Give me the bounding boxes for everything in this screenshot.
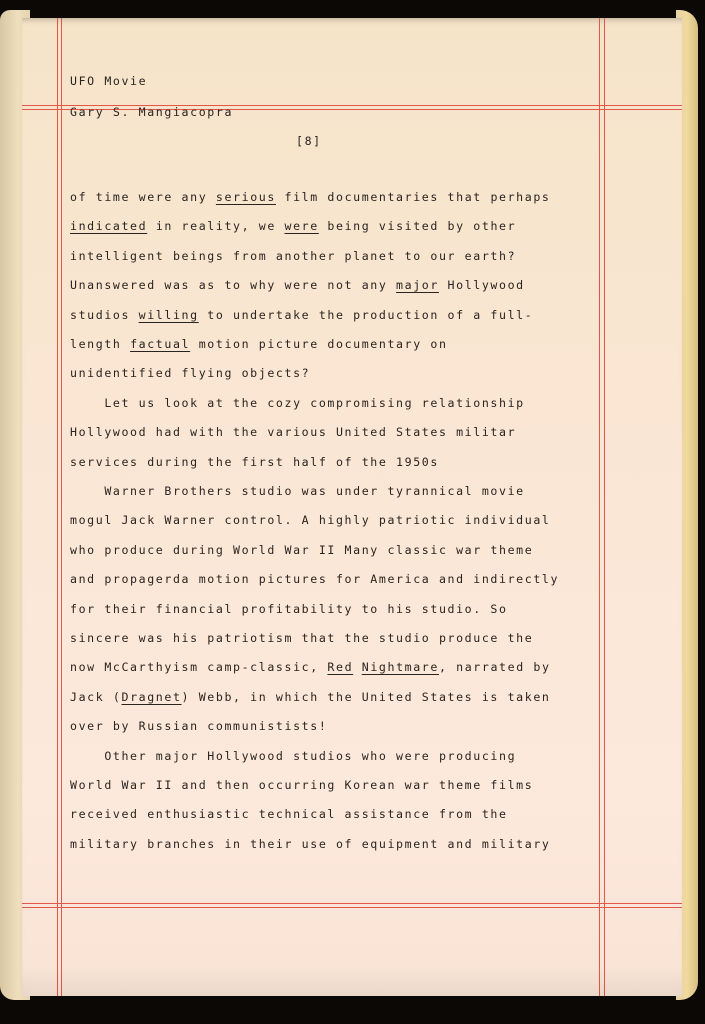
text-line: sincere was his patriotism that the stud… [70,631,533,645]
text-line: World War II and then occurring Korean w… [70,778,533,792]
text-line: Let us look at the cozy compromising rel… [70,396,525,410]
text-segment: in reality, we [147,219,284,233]
text-line: indicated in reality, we were being visi… [70,219,516,233]
underlined-text: serious [216,190,276,204]
text-line: over by Russian communistists! [70,719,327,733]
text-line: Warner Brothers studio was under tyranni… [70,484,525,498]
text-segment: unidentified flying objects? [70,366,310,380]
right-margin-rule-2 [604,18,605,996]
underlined-text: Red [327,660,353,674]
underlined-text: willing [139,308,199,322]
text-line: received enthusiastic technical assistan… [70,807,508,821]
text-segment: of time were any [70,190,216,204]
text-segment: Unanswered was as to why were not any [70,278,396,292]
text-line: now McCarthyism camp-classic, Red Nightm… [70,660,551,674]
text-line: studios willing to undertake the product… [70,308,533,322]
underlined-text: major [396,278,439,292]
text-segment: intelligent beings from another planet t… [70,249,516,263]
text-segment: services during the first half of the 19… [70,455,439,469]
text-segment: over by Russian communistists! [70,719,327,733]
text-segment: Warner Brothers studio was under tyranni… [70,484,525,498]
text-segment: for their financial profitability to his… [70,602,508,616]
left-margin-rule [57,18,58,996]
bottom-margin-rule-2 [22,907,682,908]
right-margin-rule [599,18,600,996]
text-segment: who produce during World War II Many cla… [70,543,533,557]
text-segment: mogul Jack Warner control. A highly patr… [70,513,550,527]
text-line: and propagerda motion pictures for Ameri… [70,572,559,586]
text-segment: film documentaries that perhaps [276,190,551,204]
left-margin-rule-2 [61,18,62,996]
underlined-text: factual [130,337,190,351]
text-segment: now McCarthyism camp-classic, [70,660,327,674]
text-segment: military branches in their use of equipm… [70,837,550,851]
text-segment: Let us look at the cozy compromising rel… [70,396,525,410]
page-shadow [22,966,682,996]
text-segment: received enthusiastic technical assistan… [70,807,508,821]
document-author: Gary S. Mangiacopra [70,105,233,119]
text-segment: motion picture documentary on [190,337,447,351]
photo-scene: UFO Movie Gary S. Mangiacopra [8] of tim… [0,0,705,1024]
underlined-text: Nightmare [362,660,439,674]
text-segment: Jack ( [70,690,121,704]
text-segment [353,660,362,674]
text-segment: , narrated by [439,660,551,674]
text-line: of time were any serious film documentar… [70,190,551,204]
document-title: UFO Movie [70,74,147,88]
text-segment: studios [70,308,139,322]
manuscript-page: UFO Movie Gary S. Mangiacopra [8] of tim… [22,18,682,996]
text-line: length factual motion picture documentar… [70,337,448,351]
text-line: services during the first half of the 19… [70,455,439,469]
text-line: for their financial profitability to his… [70,602,508,616]
text-line: military branches in their use of equipm… [70,837,550,851]
text-line: Other major Hollywood studios who were p… [70,749,516,763]
text-segment: sincere was his patriotism that the stud… [70,631,533,645]
text-segment: ) Webb, in which the United States is ta… [182,690,551,704]
bottom-margin-rule [22,903,682,904]
text-line: Hollywood had with the various United St… [70,425,516,439]
text-segment: length [70,337,130,351]
text-segment: Hollywood [439,278,525,292]
text-segment: Other major Hollywood studios who were p… [70,749,516,763]
text-segment: Hollywood had with the various United St… [70,425,516,439]
page-number: [8] [296,134,322,148]
underlined-text: indicated [70,219,147,233]
text-line: who produce during World War II Many cla… [70,543,533,557]
underlined-text: were [285,219,319,233]
text-segment: being visited by other [319,219,516,233]
text-line: intelligent beings from another planet t… [70,249,516,263]
text-segment: and propagerda motion pictures for Ameri… [70,572,559,586]
text-line: mogul Jack Warner control. A highly patr… [70,513,550,527]
text-line: Unanswered was as to why were not any ma… [70,278,525,292]
underlined-text: Dragnet [121,690,181,704]
text-line: Jack (Dragnet) Webb, in which the United… [70,690,551,704]
text-segment: to undertake the production of a full- [199,308,534,322]
text-line: unidentified flying objects? [70,366,310,380]
text-segment: World War II and then occurring Korean w… [70,778,533,792]
